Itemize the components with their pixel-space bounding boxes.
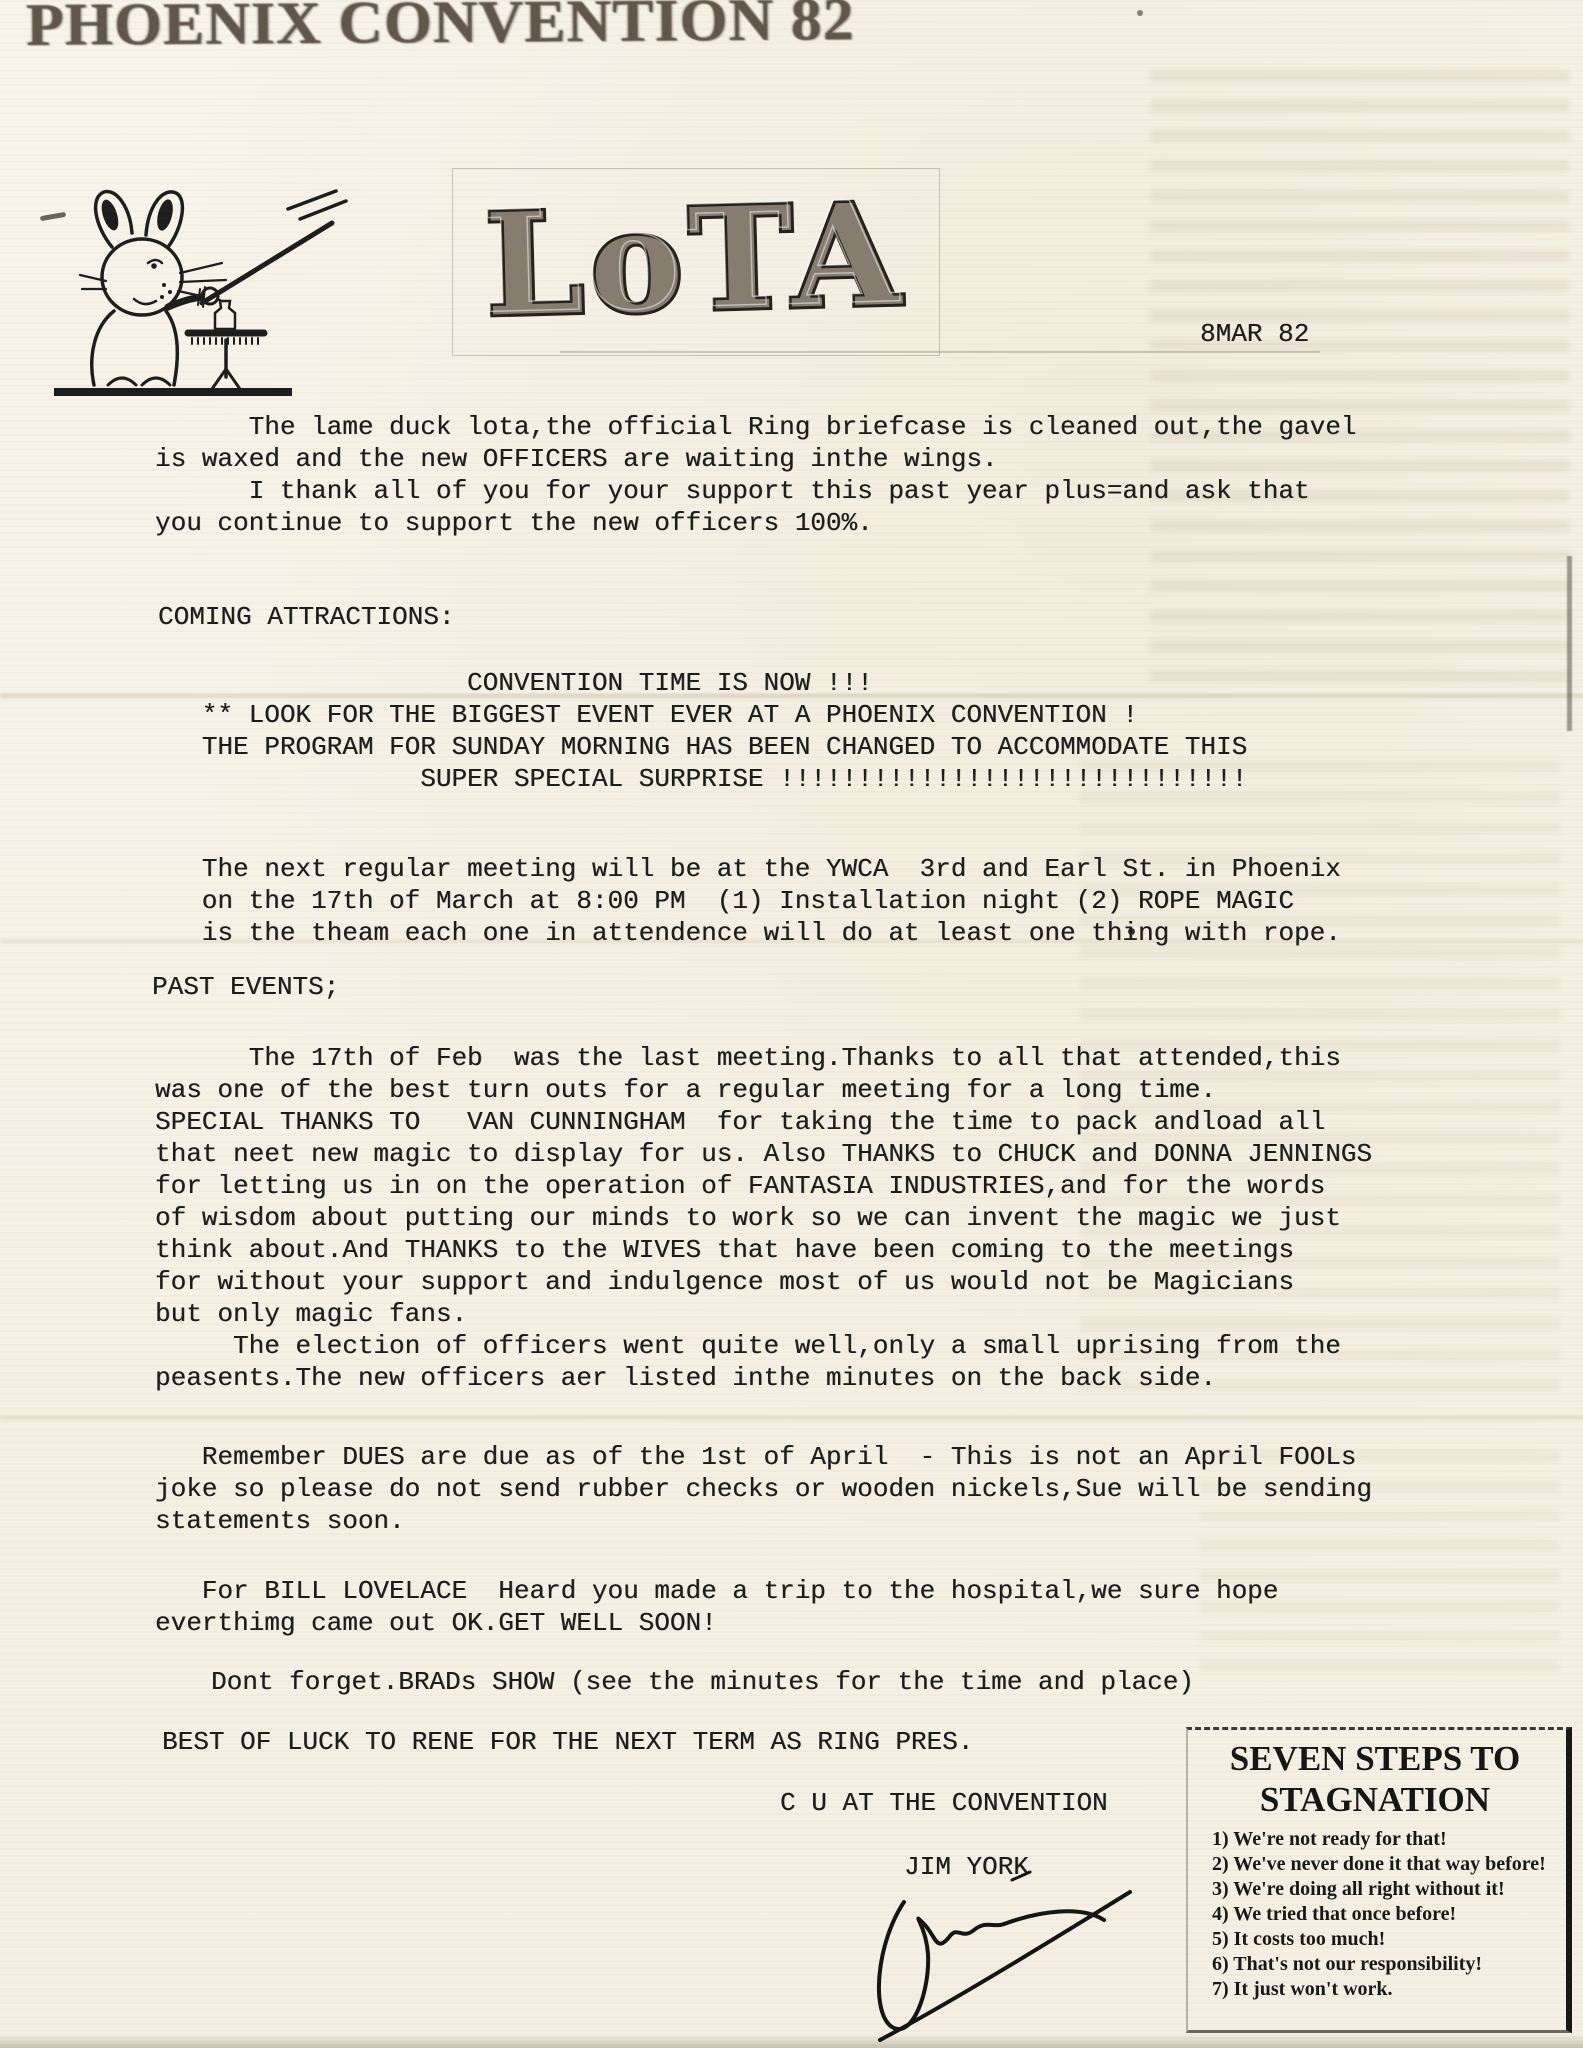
step-item: 2) We've never done it that way before! xyxy=(1246,1852,1562,1877)
next-meeting-paragraph: The next regular meeting will be at the … xyxy=(155,853,1341,949)
edge-mark xyxy=(1567,556,1572,731)
seven-steps-title-line1: SEVEN STEPS TO xyxy=(1188,1738,1562,1779)
newsletter-page: PHOENIX CONVENTION 82 xyxy=(0,0,1583,2048)
past-events-heading: PAST EVENTS; xyxy=(152,971,339,1003)
lovelace-paragraph: For BILL LOVELACE Heard you made a trip … xyxy=(155,1575,1278,1639)
step-item: 1) We're not ready for that! xyxy=(1246,1827,1562,1852)
ink-speck xyxy=(1137,10,1143,16)
step-item: 7) It just won't work. xyxy=(1246,1977,1562,2002)
step-item: 6) That's not our responsibility! xyxy=(1246,1952,1562,1977)
jim-york-signature xyxy=(852,1862,1152,2047)
scan-crease xyxy=(0,1416,1583,1419)
page-bottom-shadow xyxy=(0,2034,1583,2048)
lota-logo: LoTA LoTA xyxy=(453,169,939,355)
seven-steps-list: 1) We're not ready for that! 2) We've ne… xyxy=(1188,1827,1562,2002)
coming-attractions-heading: COMING ATTRACTIONS: xyxy=(158,601,454,633)
seven-steps-title-line2: STAGNATION xyxy=(1188,1779,1562,1820)
step-item: 3) We're doing all right without it! xyxy=(1246,1877,1562,1902)
intro-paragraph: The lame duck lota,the official Ring bri… xyxy=(155,411,1356,539)
lota-logo-box: LoTA LoTA xyxy=(452,168,940,356)
convention-announcement: CONVENTION TIME IS NOW !!! ** LOOK FOR T… xyxy=(155,667,1247,795)
step-item: 5) It costs too much! xyxy=(1246,1927,1562,1952)
dues-paragraph: Remember DUES are due as of the 1st of A… xyxy=(155,1441,1372,1537)
page-title: PHOENIX CONVENTION 82 xyxy=(26,0,855,56)
best-of-luck-line: BEST OF LUCK TO RENE FOR THE NEXT TERM A… xyxy=(162,1726,973,1758)
closing-line: C U AT THE CONVENTION xyxy=(780,1787,1108,1819)
brads-show-line: Dont forget.BRADs SHOW (see the minutes … xyxy=(211,1666,1194,1698)
bleed-through-noise xyxy=(1150,70,1570,690)
lota-logo-highlight: LoTA xyxy=(480,171,905,346)
past-events-paragraph: The 17th of Feb was the last meeting.Tha… xyxy=(155,1042,1372,1394)
issue-date: 8MAR 82 xyxy=(1200,318,1309,350)
seven-steps-box: SEVEN STEPS TO STAGNATION 1) We're not r… xyxy=(1186,1727,1572,2033)
step-item: 4) We tried that once before! xyxy=(1246,1902,1562,1927)
rabbit-magician-illustration xyxy=(50,185,350,410)
